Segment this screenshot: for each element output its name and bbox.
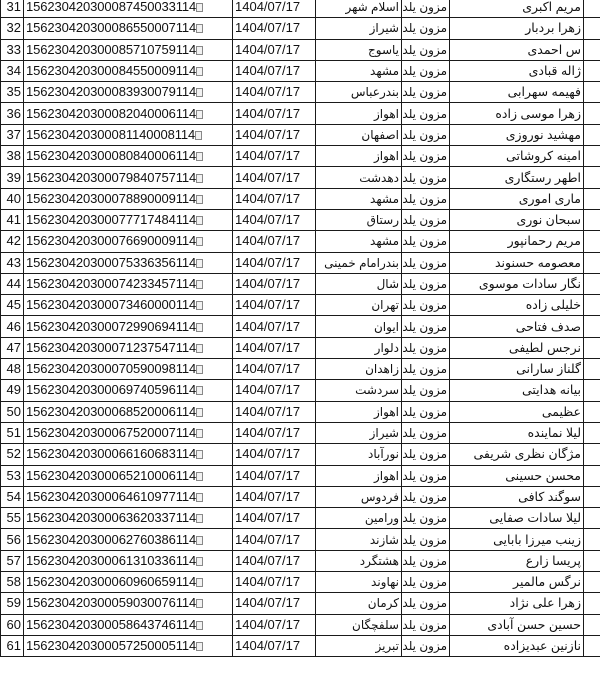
sender: مزون یلدا	[402, 298, 448, 312]
city-cell: کرمان	[316, 593, 402, 614]
sender: مزون یلدا	[402, 0, 448, 14]
recipient-name-cell: عظیمی	[450, 401, 584, 422]
date-cell: 1404/07/17	[233, 103, 316, 124]
row-number: 42	[7, 233, 21, 248]
tracking-code-cell: 156230420300068520006114	[24, 401, 233, 422]
sender: مزون یلدا	[402, 341, 448, 355]
recipient-name: زینب میرزا بابایی	[493, 533, 581, 547]
date: 1404/07/17	[235, 276, 300, 291]
recipient-name-cell: محسن حسینی	[450, 465, 584, 486]
empty-cell	[584, 614, 600, 635]
sender-cell: مزون یلدا	[402, 401, 450, 422]
tracking-code: 156230420300077717484114	[26, 212, 196, 227]
date: 1404/07/17	[235, 361, 300, 376]
tracking-code: 156230420300057250005114	[26, 638, 196, 653]
recipient-name-cell: خلیلی زاده	[450, 295, 584, 316]
sender-cell: مزون یلدا	[402, 486, 450, 507]
tracking-code-cell: 156230420300059030076114	[24, 593, 233, 614]
date: 1404/07/17	[235, 255, 300, 270]
missing-glyph-icon	[196, 344, 203, 353]
empty-cell	[584, 0, 600, 18]
date: 1404/07/17	[235, 0, 300, 14]
city-cell: اهواز	[316, 103, 402, 124]
date-cell: 1404/07/17	[233, 18, 316, 39]
city-cell: شال	[316, 273, 402, 294]
city: کرمان	[368, 596, 399, 610]
table-row: 47 156230420300071237547114 1404/07/17 د…	[1, 337, 600, 358]
tracking-code-cell: 156230420300085710759114	[24, 39, 233, 60]
recipient-name: مهشید نوروزی	[506, 128, 581, 142]
table-row: 42 156230420300076690009114 1404/07/17 م…	[1, 231, 600, 252]
recipient-name-cell: مهشید نوروزی	[450, 124, 584, 145]
date: 1404/07/17	[235, 638, 300, 653]
recipient-name-cell: ماری اموری	[450, 188, 584, 209]
row-number: 33	[7, 42, 21, 57]
recipient-name-cell: زهرا موسی زاده	[450, 103, 584, 124]
sender: مزون یلدا	[402, 234, 448, 248]
row-number-cell: 51	[1, 422, 24, 443]
empty-cell	[584, 82, 600, 103]
recipient-name-cell: مریم رحمانپور	[450, 231, 584, 252]
recipient-name: معصومه حسنوند	[495, 256, 581, 270]
missing-glyph-icon	[196, 237, 203, 246]
sender: مزون یلدا	[402, 320, 448, 334]
row-number-cell: 37	[1, 124, 24, 145]
row-number: 50	[7, 404, 21, 419]
recipient-name: اطهر رستگاری	[505, 171, 581, 185]
sender: مزون یلدا	[402, 256, 448, 270]
recipient-name: پریسا زارع	[526, 554, 581, 568]
date-cell: 1404/07/17	[233, 337, 316, 358]
city: دلوار	[375, 341, 399, 355]
missing-glyph-icon	[196, 493, 203, 502]
recipient-name-cell: مژگان نظری شریفی	[450, 444, 584, 465]
empty-cell	[584, 401, 600, 422]
date-cell: 1404/07/17	[233, 465, 316, 486]
table-row: 52 156230420300066160683114 1404/07/17 ن…	[1, 444, 600, 465]
city-cell: دهدشت	[316, 167, 402, 188]
sender: مزون یلدا	[402, 213, 448, 227]
date-cell: 1404/07/17	[233, 508, 316, 529]
recipient-name-cell: زینب میرزا بابایی	[450, 529, 584, 550]
row-number-cell: 57	[1, 550, 24, 571]
row-number-cell: 56	[1, 529, 24, 550]
recipient-name: زهرا موسی زاده	[495, 107, 581, 121]
row-number: 60	[7, 617, 21, 632]
date-cell: 1404/07/17	[233, 252, 316, 273]
recipient-name: مژگان نظری شریفی	[474, 447, 581, 461]
sender: مزون یلدا	[402, 533, 448, 547]
tracking-code-cell: 156230420300064610977114	[24, 486, 233, 507]
table-row: 59 156230420300059030076114 1404/07/17 ک…	[1, 593, 600, 614]
empty-cell	[584, 231, 600, 252]
tracking-code: 156230420300087450033114	[26, 0, 196, 14]
recipient-name-cell: امینه کروشاتی	[450, 146, 584, 167]
city-cell: شیراز	[316, 18, 402, 39]
tracking-code: 156230420300086550007114	[26, 20, 196, 35]
row-number: 55	[7, 510, 21, 525]
city: سلفچگان	[352, 618, 399, 632]
sender-cell: مزون یلدا	[402, 380, 450, 401]
date: 1404/07/17	[235, 510, 300, 525]
row-number: 44	[7, 276, 21, 291]
sender-cell: مزون یلدا	[402, 635, 450, 656]
missing-glyph-icon	[196, 195, 203, 204]
sender-cell: مزون یلدا	[402, 273, 450, 294]
tracking-code-cell: 156230420300070590098114	[24, 359, 233, 380]
sender-cell: مزون یلدا	[402, 103, 450, 124]
sender: مزون یلدا	[402, 383, 448, 397]
row-number: 52	[7, 446, 21, 461]
date: 1404/07/17	[235, 617, 300, 632]
tracking-code-cell: 156230420300074233457114	[24, 273, 233, 294]
city: یاسوج	[368, 43, 399, 57]
row-number-cell: 54	[1, 486, 24, 507]
tracking-code-cell: 156230420300069740596114	[24, 380, 233, 401]
recipient-name: نگار سادات موسوی	[479, 277, 581, 291]
empty-cell	[584, 422, 600, 443]
row-number: 51	[7, 425, 21, 440]
date: 1404/07/17	[235, 489, 300, 504]
recipient-name: فهیمه سهرابی	[508, 85, 581, 99]
sender-cell: مزون یلدا	[402, 124, 450, 145]
empty-cell	[584, 635, 600, 656]
recipient-name: صدف فتاحی	[516, 320, 581, 334]
recipient-name: مریم اکبری	[522, 0, 581, 14]
tracking-code: 156230420300079840757114	[26, 170, 196, 185]
tracking-code-cell: 156230420300081140008114	[24, 124, 233, 145]
row-number-cell: 31	[1, 0, 24, 18]
recipient-name-cell: حسین حسن آبادی	[450, 614, 584, 635]
row-number: 38	[7, 148, 21, 163]
missing-glyph-icon	[196, 408, 203, 417]
tracking-code: 156230420300065210006114	[26, 468, 196, 483]
shipment-table: 31 156230420300087450033114 1404/07/17 ا…	[0, 0, 600, 657]
city: سردشت	[355, 383, 399, 397]
row-number-cell: 60	[1, 614, 24, 635]
city: بندرامام خمینی	[324, 256, 399, 270]
recipient-name-cell: گلناز سارانی	[450, 359, 584, 380]
tracking-code: 156230420300075336356114	[26, 255, 196, 270]
row-number: 40	[7, 191, 21, 206]
recipient-name-cell: پریسا زارع	[450, 550, 584, 571]
row-number: 35	[7, 84, 21, 99]
tracking-code-cell: 156230420300062760386114	[24, 529, 233, 550]
tracking-code: 156230420300085710759114	[26, 42, 196, 57]
date: 1404/07/17	[235, 233, 300, 248]
city: زاهدان	[365, 362, 399, 376]
missing-glyph-icon	[196, 365, 203, 374]
missing-glyph-icon	[196, 301, 203, 310]
tracking-code-cell: 156230420300071237547114	[24, 337, 233, 358]
empty-cell	[584, 295, 600, 316]
recipient-name: بیانه هدایتی	[522, 383, 581, 397]
date: 1404/07/17	[235, 404, 300, 419]
empty-cell	[584, 103, 600, 124]
table-row: 36 156230420300082040006114 1404/07/17 ا…	[1, 103, 600, 124]
date-cell: 1404/07/17	[233, 550, 316, 571]
tracking-code: 156230420300080840006114	[26, 148, 196, 163]
row-number-cell: 47	[1, 337, 24, 358]
row-number-cell: 41	[1, 209, 24, 230]
table-row: 38 156230420300080840006114 1404/07/17 ا…	[1, 146, 600, 167]
city: نهاوند	[371, 575, 399, 589]
recipient-name-cell: سوگند کافی	[450, 486, 584, 507]
row-number-cell: 32	[1, 18, 24, 39]
recipient-name-cell: ژاله قبادی	[450, 60, 584, 81]
row-number-cell: 58	[1, 572, 24, 593]
table-row: 31 156230420300087450033114 1404/07/17 ا…	[1, 0, 600, 18]
missing-glyph-icon	[196, 599, 203, 608]
recipient-name-cell: بیانه هدایتی	[450, 380, 584, 401]
sender-cell: مزون یلدا	[402, 252, 450, 273]
date: 1404/07/17	[235, 468, 300, 483]
date: 1404/07/17	[235, 532, 300, 547]
missing-glyph-icon	[196, 386, 203, 395]
city: تبریز	[375, 639, 399, 653]
date: 1404/07/17	[235, 425, 300, 440]
tracking-code: 156230420300059030076114	[26, 595, 196, 610]
city-cell: نورآباد	[316, 444, 402, 465]
sender-cell: مزون یلدا	[402, 146, 450, 167]
recipient-name-cell: نگار سادات موسوی	[450, 273, 584, 294]
date-cell: 1404/07/17	[233, 273, 316, 294]
recipient-name: س احمدی	[527, 43, 581, 57]
recipient-name: زهرا علی نژاد	[510, 596, 581, 610]
missing-glyph-icon	[196, 152, 203, 161]
date-cell: 1404/07/17	[233, 167, 316, 188]
date: 1404/07/17	[235, 148, 300, 163]
row-number: 43	[7, 255, 21, 270]
empty-cell	[584, 252, 600, 273]
missing-glyph-icon	[196, 557, 203, 566]
table-row: 35 156230420300083930079114 1404/07/17 ب…	[1, 82, 600, 103]
city-cell: سردشت	[316, 380, 402, 401]
table-row: 57 156230420300061310336114 1404/07/17 ه…	[1, 550, 600, 571]
row-number: 45	[7, 297, 21, 312]
sender: مزون یلدا	[402, 277, 448, 291]
recipient-name: امینه کروشاتی	[506, 149, 581, 163]
sender: مزون یلدا	[402, 469, 448, 483]
date-cell: 1404/07/17	[233, 82, 316, 103]
row-number: 54	[7, 489, 21, 504]
city-cell: سلفچگان	[316, 614, 402, 635]
row-number-cell: 33	[1, 39, 24, 60]
empty-cell	[584, 18, 600, 39]
empty-cell	[584, 486, 600, 507]
row-number: 36	[7, 106, 21, 121]
table-row: 37 156230420300081140008114 1404/07/17 ا…	[1, 124, 600, 145]
tracking-code: 156230420300061310336114	[26, 553, 196, 568]
city-cell: اهواز	[316, 465, 402, 486]
recipient-name: مریم رحمانپور	[508, 234, 581, 248]
table-row: 32 156230420300086550007114 1404/07/17 ش…	[1, 18, 600, 39]
table-row: 39 156230420300079840757114 1404/07/17 د…	[1, 167, 600, 188]
row-number: 59	[7, 595, 21, 610]
date-cell: 1404/07/17	[233, 635, 316, 656]
date-cell: 1404/07/17	[233, 529, 316, 550]
sender-cell: مزون یلدا	[402, 82, 450, 103]
sender: مزون یلدا	[402, 618, 448, 632]
tracking-code: 156230420300082040006114	[26, 106, 196, 121]
recipient-name: ماری اموری	[519, 192, 581, 206]
city-cell: مشهد	[316, 60, 402, 81]
date: 1404/07/17	[235, 553, 300, 568]
row-number: 31	[7, 0, 21, 14]
date: 1404/07/17	[235, 212, 300, 227]
missing-glyph-icon	[196, 67, 203, 76]
sender-cell: مزون یلدا	[402, 18, 450, 39]
empty-cell	[584, 124, 600, 145]
city-cell: تبریز	[316, 635, 402, 656]
row-number-cell: 36	[1, 103, 24, 124]
tracking-code: 156230420300070590098114	[26, 361, 196, 376]
recipient-name-cell: صدف فتاحی	[450, 316, 584, 337]
row-number: 32	[7, 20, 21, 35]
tracking-code: 156230420300064610977114	[26, 489, 196, 504]
city-cell: ورامین	[316, 508, 402, 529]
tracking-code-cell: 156230420300079840757114	[24, 167, 233, 188]
date-cell: 1404/07/17	[233, 572, 316, 593]
sender: مزون یلدا	[402, 128, 448, 142]
row-number: 53	[7, 468, 21, 483]
recipient-name: زهرا بردبار	[525, 21, 581, 35]
sender: مزون یلدا	[402, 107, 448, 121]
missing-glyph-icon	[196, 323, 203, 332]
table-row: 48 156230420300070590098114 1404/07/17 ز…	[1, 359, 600, 380]
tracking-code: 156230420300081140008114	[26, 127, 195, 142]
tracking-code-cell: 156230420300078890009114	[24, 188, 233, 209]
sender-cell: مزون یلدا	[402, 60, 450, 81]
date-cell: 1404/07/17	[233, 295, 316, 316]
table-row: 50 156230420300068520006114 1404/07/17 ا…	[1, 401, 600, 422]
city: اهواز	[374, 107, 399, 121]
date-cell: 1404/07/17	[233, 209, 316, 230]
sender: مزون یلدا	[402, 426, 448, 440]
sender: مزون یلدا	[402, 511, 448, 525]
tracking-code-cell: 156230420300065210006114	[24, 465, 233, 486]
tracking-code: 156230420300069740596114	[26, 382, 196, 397]
tracking-code: 156230420300068520006114	[26, 404, 196, 419]
missing-glyph-icon	[196, 110, 203, 119]
missing-glyph-icon	[196, 578, 203, 587]
empty-cell	[584, 188, 600, 209]
table-row: 61 156230420300057250005114 1404/07/17 ت…	[1, 635, 600, 656]
missing-glyph-icon	[196, 514, 203, 523]
recipient-name: لیلا سادات صفایی	[489, 511, 581, 525]
date: 1404/07/17	[235, 382, 300, 397]
sender-cell: مزون یلدا	[402, 316, 450, 337]
city: شیراز	[370, 426, 399, 440]
missing-glyph-icon	[196, 642, 203, 651]
date-cell: 1404/07/17	[233, 146, 316, 167]
recipient-name: حسین حسن آبادی	[487, 618, 581, 632]
empty-cell	[584, 60, 600, 81]
sender: مزون یلدا	[402, 447, 448, 461]
tracking-code-cell: 156230420300082040006114	[24, 103, 233, 124]
date-cell: 1404/07/17	[233, 614, 316, 635]
row-number-cell: 53	[1, 465, 24, 486]
city-cell: هشتگرد	[316, 550, 402, 571]
row-number: 39	[7, 170, 21, 185]
sender-cell: مزون یلدا	[402, 593, 450, 614]
sender: مزون یلدا	[402, 639, 448, 653]
date: 1404/07/17	[235, 191, 300, 206]
table-row: 40 156230420300078890009114 1404/07/17 م…	[1, 188, 600, 209]
date: 1404/07/17	[235, 42, 300, 57]
city-cell: مشهد	[316, 188, 402, 209]
row-number: 46	[7, 319, 21, 334]
city: ورامین	[365, 511, 399, 525]
sender-cell: مزون یلدا	[402, 39, 450, 60]
recipient-name-cell: فهیمه سهرابی	[450, 82, 584, 103]
recipient-name: گلناز سارانی	[516, 362, 581, 376]
missing-glyph-icon	[196, 216, 203, 225]
city: اهواز	[374, 469, 399, 483]
table-row: 44 156230420300074233457114 1404/07/17 ش…	[1, 273, 600, 294]
sender-cell: مزون یلدا	[402, 209, 450, 230]
empty-cell	[584, 337, 600, 358]
sender-cell: مزون یلدا	[402, 167, 450, 188]
date-cell: 1404/07/17	[233, 0, 316, 18]
date: 1404/07/17	[235, 595, 300, 610]
date-cell: 1404/07/17	[233, 380, 316, 401]
city-cell: زاهدان	[316, 359, 402, 380]
city: اهواز	[374, 405, 399, 419]
sender: مزون یلدا	[402, 554, 448, 568]
recipient-name-cell: س احمدی	[450, 39, 584, 60]
row-number-cell: 59	[1, 593, 24, 614]
sender-cell: مزون یلدا	[402, 465, 450, 486]
shipment-table-body: 31 156230420300087450033114 1404/07/17 ا…	[1, 0, 600, 657]
tracking-code: 156230420300063620337114	[26, 510, 196, 525]
date: 1404/07/17	[235, 127, 300, 142]
row-number: 57	[7, 553, 21, 568]
empty-cell	[584, 167, 600, 188]
recipient-name-cell: لیلا نماینده	[450, 422, 584, 443]
recipient-name: لیلا نماینده	[528, 426, 581, 440]
date: 1404/07/17	[235, 20, 300, 35]
table-row: 53 156230420300065210006114 1404/07/17 ا…	[1, 465, 600, 486]
recipient-name: ژاله قبادی	[529, 64, 581, 78]
city-cell: شیراز	[316, 422, 402, 443]
recipient-name-cell: اطهر رستگاری	[450, 167, 584, 188]
row-number-cell: 35	[1, 82, 24, 103]
recipient-name-cell: نرگس مالمیر	[450, 572, 584, 593]
recipient-name: سوگند کافی	[518, 490, 581, 504]
city-cell: اصفهان	[316, 124, 402, 145]
tracking-code-cell: 156230420300080840006114	[24, 146, 233, 167]
missing-glyph-icon	[196, 621, 203, 630]
empty-cell	[584, 444, 600, 465]
city: ایوان	[374, 320, 399, 334]
table-row: 58 156230420300060960659114 1404/07/17 ن…	[1, 572, 600, 593]
city: شازند	[370, 533, 399, 547]
date: 1404/07/17	[235, 319, 300, 334]
date-cell: 1404/07/17	[233, 593, 316, 614]
missing-glyph-icon	[195, 131, 202, 140]
table-row: 51 156230420300067520007114 1404/07/17 ش…	[1, 422, 600, 443]
date: 1404/07/17	[235, 297, 300, 312]
tracking-code: 156230420300067520007114	[26, 425, 196, 440]
tracking-code-cell: 156230420300076690009114	[24, 231, 233, 252]
sender: مزون یلدا	[402, 171, 448, 185]
table-row: 45 156230420300073460000114 1404/07/17 ت…	[1, 295, 600, 316]
recipient-name: محسن حسینی	[505, 469, 581, 483]
missing-glyph-icon	[196, 24, 203, 33]
recipient-name-cell: زهرا علی نژاد	[450, 593, 584, 614]
city: فردوس	[361, 490, 399, 504]
